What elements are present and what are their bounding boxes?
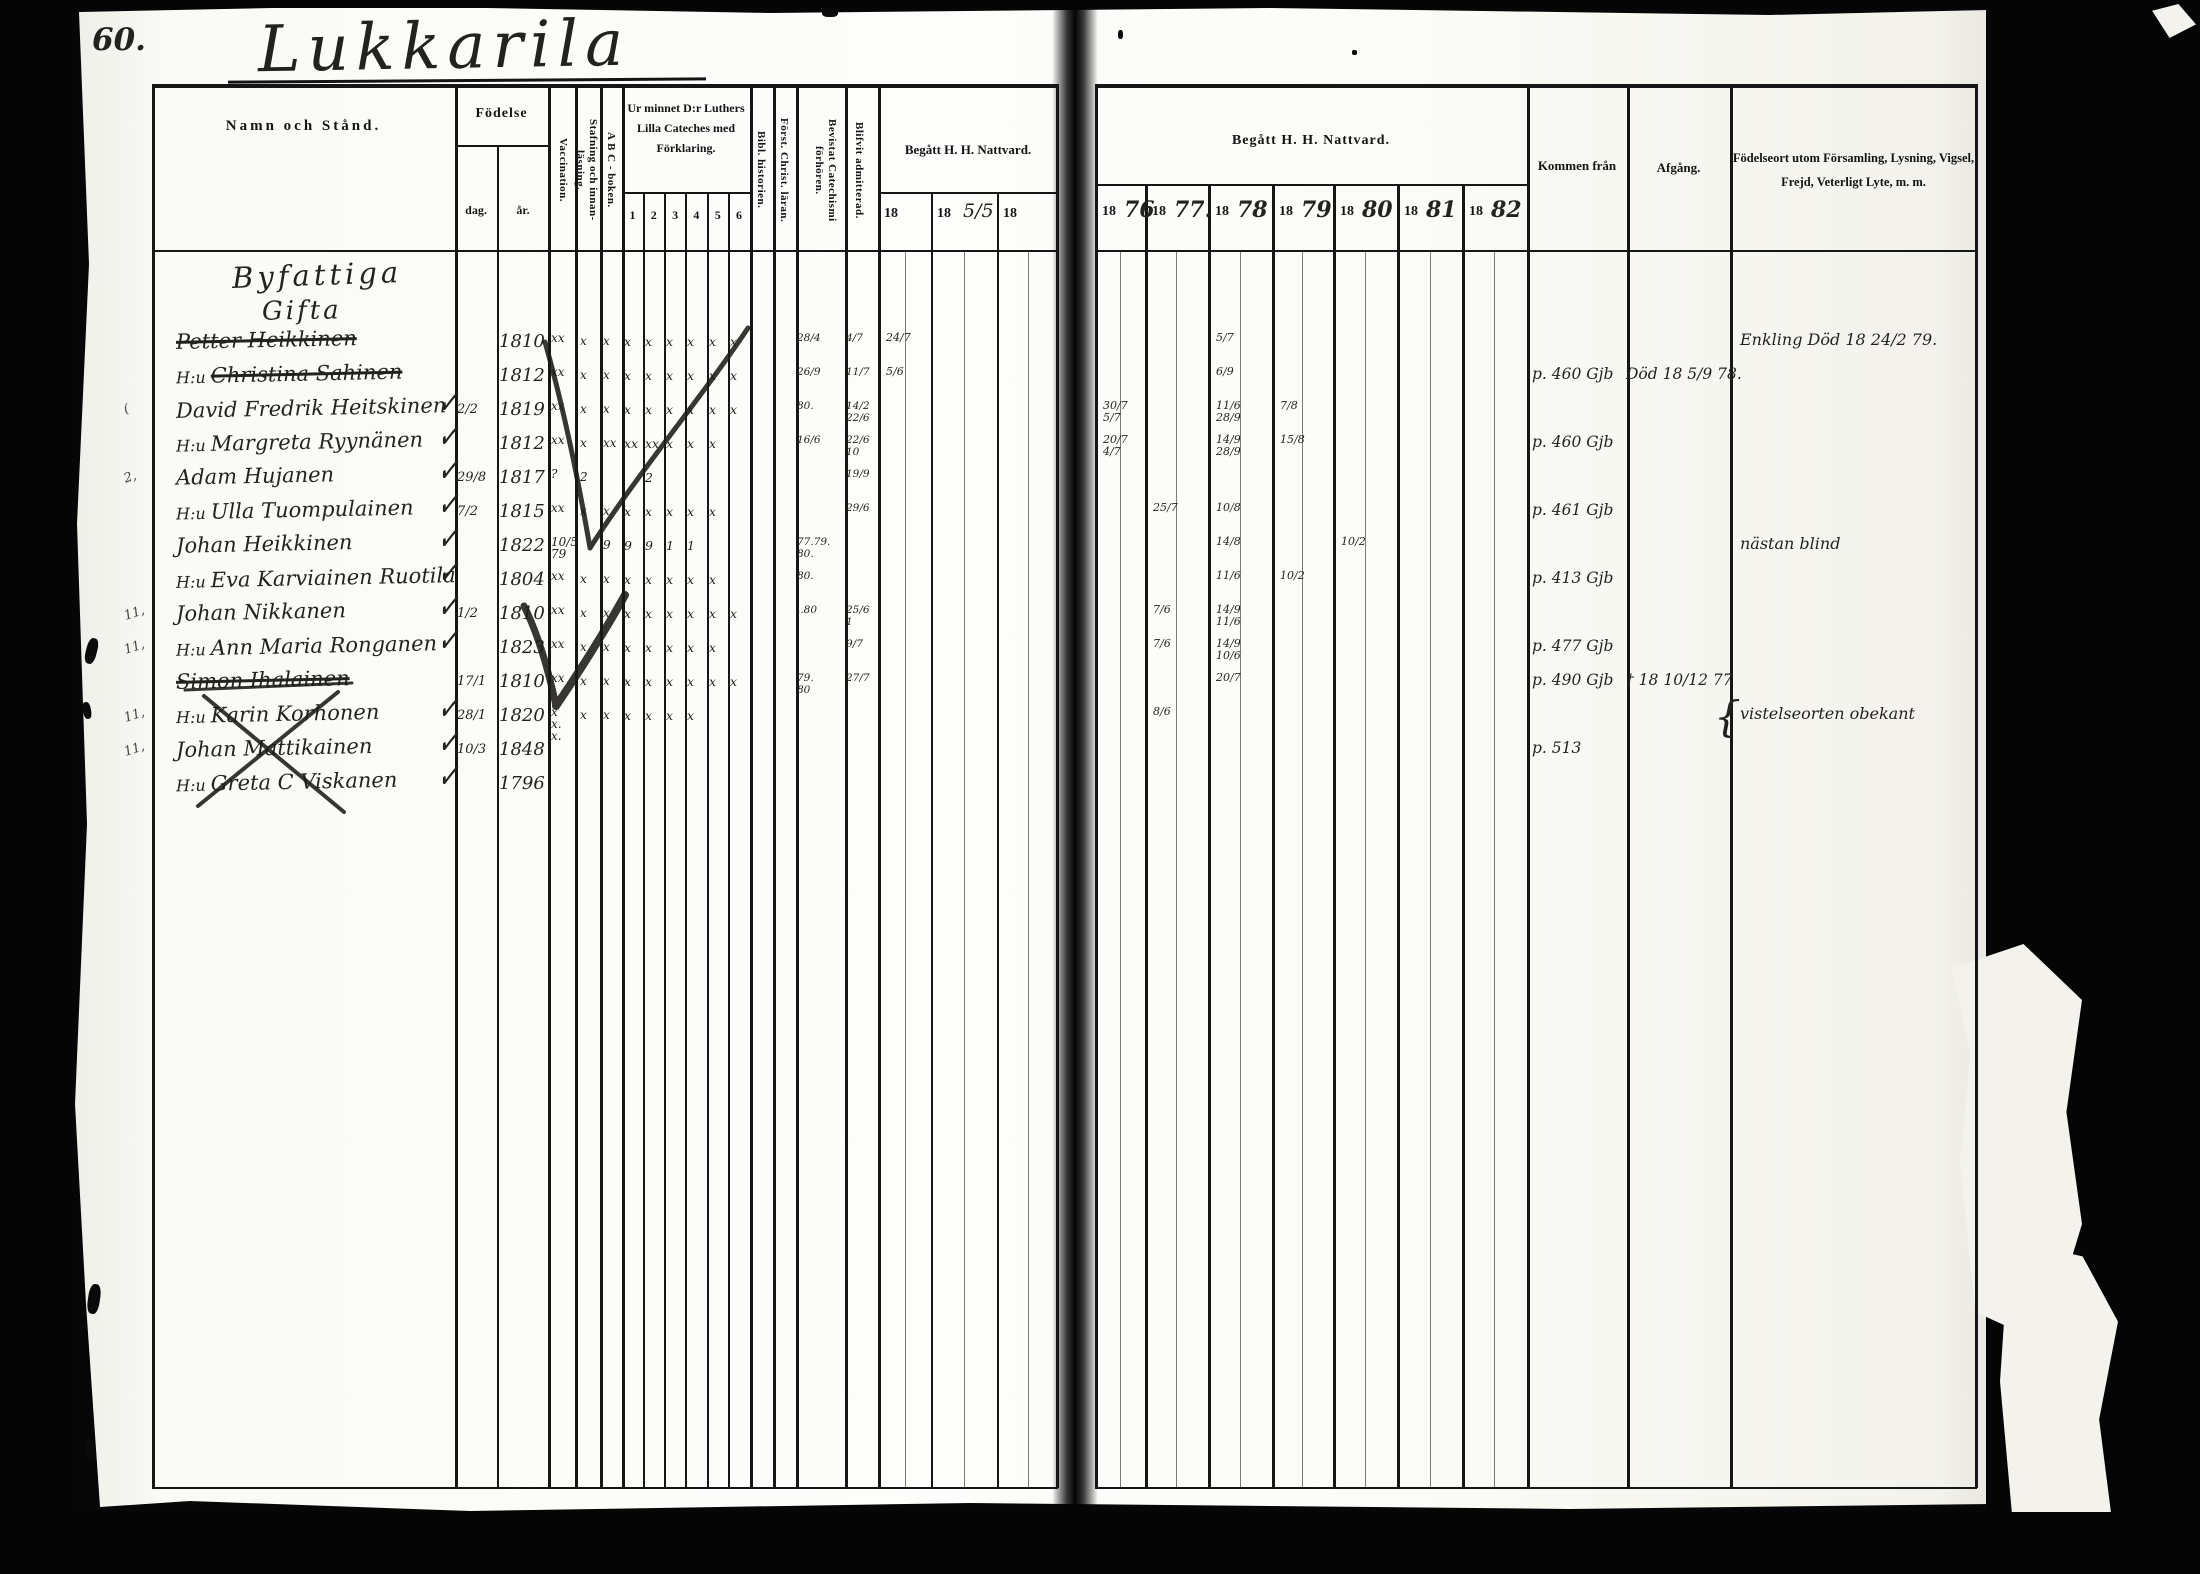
cateches-mark: 9 <box>645 538 653 553</box>
vaccination-mark: ? <box>551 468 557 480</box>
table-row: (David Fredrik Heitskinen✓2/21819xxxxxxx… <box>0 396 2200 430</box>
remark-note: nästan blind <box>1740 534 1840 553</box>
year-label-printed: 18 <box>1003 206 1029 222</box>
nattvard-mark-right: 10/2 <box>1341 536 1366 548</box>
vaccination-mark: 10/5 79 <box>551 536 578 560</box>
cateches-mark: x <box>624 606 631 621</box>
person-name: Johan Mattikainen <box>176 734 373 762</box>
cateches-mark: x <box>687 640 694 655</box>
kommen-fran-note: p. 460 Gjb <box>1532 365 1613 383</box>
nattvard-mark-right: 7/6 <box>1153 638 1171 650</box>
admitterad-mark: 19/9 <box>846 468 870 480</box>
scan-edge-bottom <box>0 1512 2200 1574</box>
name-cell: H:u Ann Maria Ronganen <box>176 631 437 660</box>
admitterad-mark: 9/7 <box>846 638 863 650</box>
col-header-namn: Namn och Stånd. <box>152 118 455 135</box>
nattvard-mark-right: 14/9 28/9 <box>1216 434 1241 458</box>
scanned-register-page: 60. Lukkarila Namn och Stånd. Födelse da… <box>0 0 2200 1574</box>
vaccination-mark: xx <box>551 400 565 412</box>
name-cell: H:u Karin Korhonen <box>176 700 380 728</box>
margin-mark: 2, <box>122 468 138 486</box>
abc-mark: xx <box>603 436 617 450</box>
reading-mark: x <box>580 334 587 348</box>
vaccination-mark: xx <box>551 604 565 616</box>
birth-year-cell: 1819 <box>499 399 545 420</box>
col-header-ar: år. <box>500 203 546 218</box>
cateches-mark: x <box>687 402 694 417</box>
cateches-mark: x <box>730 402 737 417</box>
grid-hline <box>878 192 1058 194</box>
vaccination-mark: xx <box>551 672 565 684</box>
admitterad-mark: 14/2 22/6 <box>846 400 870 424</box>
margin-mark: 11, <box>122 637 146 658</box>
person-name: Ann Maria Ronganen <box>211 631 438 660</box>
section-heading: Byfattiga <box>231 255 402 295</box>
cateches-mark: x <box>645 640 652 655</box>
nattvard-mark-right: 6/9 <box>1216 366 1234 378</box>
cateches-mark: x <box>645 368 652 383</box>
kommen-fran-note: p. 477 Gjb <box>1532 637 1613 655</box>
cateches-mark: x <box>687 606 694 621</box>
page-title: Lukkarila <box>257 7 630 87</box>
admitterad-mark: 27/7 <box>846 672 870 684</box>
afgang-note: † 18 10/12 77 <box>1626 671 1733 689</box>
grade-number: 3 <box>665 208 686 223</box>
cateches-mark: x <box>687 708 694 723</box>
cateches-mark: x <box>645 504 652 519</box>
grid-hline <box>152 1487 1058 1489</box>
reading-mark: 2 <box>580 470 588 484</box>
nattvard-mark-right: 25/7 <box>1153 502 1178 514</box>
cateches-mark: x <box>709 606 716 621</box>
table-row: Johan Heikkinen✓182210/5 799991177.79. 8… <box>0 532 2200 566</box>
cateches-mark: x <box>730 606 737 621</box>
abc-mark: x <box>603 640 610 654</box>
margin-mark: 11, <box>122 705 146 726</box>
table-row: H:u Margreta Ryynänen✓1812xxxxxxxxxxxx16… <box>0 430 2200 464</box>
bevistat-mark: 26/9 <box>797 366 821 378</box>
kommen-fran-note: p. 413 Gjb <box>1532 569 1613 587</box>
col-header-forst: Först. Christ. läran. <box>777 94 790 246</box>
grid-hline <box>1095 84 1977 88</box>
bevistat-mark: ..80 <box>797 604 817 616</box>
cateches-mark: x <box>666 572 673 587</box>
cateches-mark: x <box>730 334 737 349</box>
nattvard-mark-left: 5/6 <box>886 366 904 378</box>
birth-year-cell: 1812 <box>499 433 545 454</box>
table-row: 2,Adam Hujanen✓29/81817?2219/9 <box>0 464 2200 498</box>
col-header-begatt-right: Begått H. H. Nattvard. <box>1095 133 1527 149</box>
person-name: David Fredrik Heitskinen <box>176 393 447 423</box>
cateches-mark: x <box>666 334 673 349</box>
birth-year-cell: 1796 <box>499 773 545 794</box>
nattvard-mark-right: 11/6 <box>1216 570 1241 582</box>
name-cell: Johan Nikkanen <box>176 598 346 626</box>
person-name: Margreta Ryynänen <box>211 427 424 455</box>
birth-day-cell: 29/8 <box>457 470 486 485</box>
cateches-mark: x <box>687 572 694 587</box>
abc-mark: x <box>603 606 610 620</box>
year-label-handwritten: 79 <box>1301 197 1332 223</box>
year-label-handwritten: 78 <box>1237 197 1268 223</box>
birth-day-cell: 2/2 <box>457 402 478 417</box>
cateches-mark: x <box>666 640 673 655</box>
col-header-fodelse: Födelse <box>455 106 548 122</box>
check-mark: ✓ <box>437 754 460 799</box>
year-label-handwritten: 81 <box>1426 197 1457 223</box>
cateches-mark: 1 <box>666 538 674 553</box>
nattvard-mark-right: 14/9 10/6 <box>1216 638 1241 662</box>
col-header-bibl: Bibl. historien. <box>754 94 767 246</box>
table-row: H:u Eva Karviainen Ruotila✓1804xxxxxxxxx… <box>0 566 2200 600</box>
cateches-mark: xx <box>645 436 659 451</box>
cateches-mark: x <box>687 436 694 451</box>
abc-mark: x <box>603 368 610 382</box>
cateches-mark: x <box>709 436 716 451</box>
grade-number: 1 <box>622 208 643 223</box>
cateches-mark: x <box>645 572 652 587</box>
reading-mark: x <box>580 504 587 518</box>
col-header-cateches: Ur minnet D:r Luthers Lilla Cateches med… <box>622 98 750 158</box>
nattvard-mark-right: 15/8 <box>1280 434 1305 446</box>
cateches-mark: x <box>645 334 652 349</box>
table-row: Simon Ihalainen17/11810xxxxxxxxxx79. 802… <box>0 668 2200 702</box>
grid-hline <box>455 145 548 147</box>
nattvard-mark-right: 7/8 <box>1280 400 1298 412</box>
name-prefix: H:u <box>176 368 211 388</box>
grid-hline <box>1095 250 1977 252</box>
cateches-mark: x <box>666 708 673 723</box>
cateches-mark: x <box>624 708 631 723</box>
abc-mark: x <box>603 504 610 518</box>
bevistat-mark: 80. <box>797 570 814 582</box>
person-name: Karin Korhonen <box>210 700 379 728</box>
nattvard-mark-right: 30/7 5/7 <box>1103 400 1128 424</box>
ink-speck <box>1352 50 1357 55</box>
ink-speck <box>822 9 838 17</box>
grade-number: 6 <box>729 208 750 223</box>
admitterad-mark: 22/6 10 <box>846 434 870 458</box>
margin-mark: 11, <box>122 603 146 624</box>
grid-hline <box>152 84 1058 88</box>
kommen-fran-note: p. 460 Gjb <box>1532 433 1613 451</box>
name-cell: H:u Eva Karviainen Ruotila <box>176 563 456 593</box>
nattvard-mark-right: 10/2 <box>1280 570 1305 582</box>
admitterad-mark: 11/7 <box>846 366 870 378</box>
bevistat-mark: 28/4 <box>797 332 821 344</box>
admitterad-mark: 29/6 <box>846 502 870 514</box>
nattvard-mark-right: 20/7 <box>1216 672 1241 684</box>
reading-mark: x <box>580 436 587 450</box>
cateches-mark: x <box>730 368 737 383</box>
reading-mark: x <box>580 674 587 688</box>
birth-day-cell: 7/2 <box>457 504 478 519</box>
kommen-fran-note: p. 490 Gjb <box>1532 671 1613 689</box>
birth-year-cell: 1815 <box>499 501 545 522</box>
col-header-abc: A B C - boken. <box>604 94 617 246</box>
person-name: Adam Hujanen <box>176 462 335 489</box>
brace-mark: { <box>1714 692 1741 741</box>
birth-year-cell: 1820 <box>499 705 545 726</box>
check-mark: ✓ <box>437 618 460 663</box>
col-header-fodelseort: Födelseort utom Församling, Lysning, Vig… <box>1730 146 1977 194</box>
cateches-mark: x <box>624 504 631 519</box>
name-cell: H:u Margreta Ryynänen <box>176 427 423 456</box>
nattvard-mark-right: 5/7 <box>1216 332 1234 344</box>
grade-number: 5 <box>707 208 728 223</box>
cateches-mark: x <box>709 640 716 655</box>
cateches-mark: x <box>666 402 673 417</box>
grade-number: 2 <box>643 208 664 223</box>
cateches-mark: x <box>666 674 673 689</box>
cateches-mark: x <box>709 504 716 519</box>
birth-year-cell: 1822 <box>499 535 545 556</box>
afgang-note: Död 18 5/9 78. <box>1626 365 1742 383</box>
reading-mark: x <box>580 708 587 722</box>
margin-mark: 11, <box>122 739 146 760</box>
cateches-line: Förklaring. <box>622 138 750 158</box>
nattvard-mark-right: 7/6 <box>1153 604 1171 616</box>
birth-day-cell: 17/1 <box>457 674 486 689</box>
cateches-mark: xx <box>624 436 638 451</box>
cateches-mark: x <box>709 402 716 417</box>
nattvard-mark-left: 24/7 <box>886 332 911 344</box>
year-label-handwritten: 77. <box>1174 197 1212 223</box>
birth-year-cell: 1848 <box>499 739 545 760</box>
vaccination-mark: xx <box>551 570 565 582</box>
reading-mark: x <box>580 640 587 654</box>
birth-year-cell: 1812 <box>499 365 545 386</box>
name-prefix: H:u <box>176 436 211 456</box>
cateches-mark: x <box>624 572 631 587</box>
abc-mark: x <box>603 674 610 688</box>
cateches-mark: x <box>709 368 716 383</box>
birth-day-cell: 1/2 <box>457 606 478 621</box>
cateches-mark: x <box>624 334 631 349</box>
grid-hline <box>1095 184 1527 186</box>
fodelseort-line: Födelseort utom Församling, Lysning, Vig… <box>1730 146 1977 170</box>
cateches-mark: x <box>666 368 673 383</box>
cateches-mark: x <box>666 606 673 621</box>
cateches-mark: x <box>624 674 631 689</box>
kommen-fran-note: p. 461 Gjb <box>1532 501 1613 519</box>
admitterad-mark: 25/6 1 <box>846 604 870 628</box>
nattvard-mark-right: 20/7 4/7 <box>1103 434 1128 458</box>
person-name: Christina Sahinen <box>211 360 403 388</box>
cateches-mark: x <box>687 368 694 383</box>
birth-day-cell: 28/1 <box>457 708 486 723</box>
reading-mark: x <box>580 606 587 620</box>
table-row: H:u Ulla Tuompulainen✓7/21815xxxxxxxxx29… <box>0 498 2200 532</box>
col-header-bevistat: Bevistat Catechismi förhören. <box>804 94 838 246</box>
col-header-afgang: Afgång. <box>1627 160 1730 176</box>
cateches-mark: x <box>666 504 673 519</box>
name-prefix: H:u <box>176 776 211 796</box>
vaccination-mark: xx <box>551 502 565 514</box>
fodelseort-line: Frejd, Veterligt Lyte, m. m. <box>1730 170 1977 194</box>
abc-mark: x <box>603 572 610 586</box>
section-subheading: Gifta <box>262 295 342 326</box>
ink-speck <box>1118 30 1123 39</box>
person-name: Ulla Tuompulainen <box>211 496 414 524</box>
year-label-handwritten: 76 <box>1124 197 1155 223</box>
grade-number: 4 <box>686 208 707 223</box>
vaccination-mark: xx <box>551 332 565 344</box>
birth-year-cell: 1817 <box>499 467 545 488</box>
col-header-kommen: Kommen från <box>1527 158 1627 174</box>
col-header-dag: dag. <box>455 203 497 218</box>
reading-mark: x <box>580 402 587 416</box>
cateches-mark: 9 <box>624 538 632 553</box>
name-prefix: H:u <box>176 640 211 660</box>
cateches-mark: 1 <box>687 538 695 553</box>
birth-year-cell: 1810 <box>499 603 545 624</box>
table-row: 11,Johan Mattikainen✓10/31848p. 513 <box>0 736 2200 770</box>
page-number: 60. <box>92 22 146 58</box>
birth-year-cell: 1804 <box>499 569 545 590</box>
name-cell: H:u Christina Sahinen <box>176 360 403 389</box>
birth-day-cell: 10/3 <box>457 742 486 757</box>
col-header-begatt-left: Begått H. H. Nattvard. <box>878 142 1058 158</box>
year-label-printed: 18 <box>884 206 910 222</box>
year-label-handwritten: 82 <box>1491 197 1522 223</box>
nattvard-mark-right: 8/6 <box>1153 706 1171 718</box>
cateches-mark: x <box>687 504 694 519</box>
kommen-fran-note: p. 513 <box>1532 739 1581 757</box>
bevistat-mark: 77.79. 80. <box>797 536 830 560</box>
birth-year-cell: 1810 <box>499 331 545 352</box>
name-cell: Johan Heikkinen <box>176 530 353 558</box>
bevistat-mark: 80. <box>797 400 814 412</box>
cateches-mark: x <box>687 334 694 349</box>
name-cell: Simon Ihalainen <box>176 666 350 694</box>
table-row: Petter Heikkinen1810xxxxxxxxxx28/44/724/… <box>0 328 2200 362</box>
cateches-mark: x <box>709 674 716 689</box>
nattvard-mark-right: 10/8 <box>1216 502 1241 514</box>
year-label-handwritten: 5/5 <box>963 200 994 222</box>
grid-hline <box>622 192 750 194</box>
cateches-mark: x <box>645 606 652 621</box>
remark-note: Enkling Död 18 24/2 79. <box>1740 330 1937 349</box>
table-row: H:u Christina Sahinen1812xxxxxxxxxx26/91… <box>0 362 2200 396</box>
cateches-line: Lilla Cateches med <box>622 118 750 138</box>
cateches-mark: x <box>624 368 631 383</box>
table-row: H:u Greta C Viskanen✓1796 <box>0 770 2200 804</box>
cateches-mark: x <box>709 334 716 349</box>
margin-mark: ( <box>122 402 131 418</box>
vaccination-mark: xx <box>551 366 565 378</box>
name-prefix: H:u <box>176 707 211 727</box>
cateches-mark: 2 <box>645 470 653 485</box>
remark-note: vistelseorten obekant <box>1740 704 1915 723</box>
abc-mark: x <box>603 708 610 722</box>
nattvard-mark-right: 11/6 28/9 <box>1216 400 1241 424</box>
year-label-printed: 18 <box>937 206 963 222</box>
grid-hline <box>152 250 1058 252</box>
abc-mark: x <box>603 334 610 348</box>
bevistat-mark: 16/6 <box>797 434 821 446</box>
col-header-stafning: Stafning och innan- läsning. <box>577 94 599 246</box>
year-label-handwritten: 80 <box>1362 197 1393 223</box>
cateches-mark: x <box>624 402 631 417</box>
vaccination-mark: xx <box>551 434 565 446</box>
cateches-mark: x <box>624 640 631 655</box>
person-name: Eva Karviainen Ruotila <box>211 563 456 592</box>
table-row: 11,H:u Karin Korhonen✓28/11820x x. x.xxx… <box>0 702 2200 736</box>
cateches-mark: x <box>645 674 652 689</box>
name-prefix: H:u <box>176 504 211 524</box>
vaccination-mark: xx <box>551 638 565 650</box>
nattvard-mark-right: 14/8 <box>1216 536 1241 548</box>
abc-mark: x <box>603 402 610 416</box>
name-cell: Petter Heikkinen <box>176 326 357 354</box>
cateches-mark: x <box>730 674 737 689</box>
bevistat-mark: 79. 80 <box>797 672 814 696</box>
admitterad-mark: 4/7 <box>846 332 863 344</box>
cateches-mark: x <box>709 572 716 587</box>
name-prefix: H:u <box>176 572 211 592</box>
name-cell: Johan Mattikainen <box>176 734 373 762</box>
col-header-vaccination: Vaccination. <box>556 94 569 246</box>
name-cell: Adam Hujanen <box>176 462 335 489</box>
nattvard-mark-right: 14/9 11/6 <box>1216 604 1241 628</box>
col-header-blifvit: Blifvit admitterad. <box>852 94 865 246</box>
ink-speck <box>84 1438 96 1461</box>
table-row: 11,H:u Ann Maria Ronganen✓1823xxxxxxxxx9… <box>0 634 2200 668</box>
cateches-mark: x <box>666 436 673 451</box>
birth-year-cell: 1810 <box>499 671 545 692</box>
person-name: Petter Heikkinen <box>176 326 357 354</box>
cateches-mark: x <box>687 674 694 689</box>
table-row: 11,Johan Nikkanen✓1/21810xxxxxxxxxx..802… <box>0 600 2200 634</box>
name-cell: David Fredrik Heitskinen <box>176 393 447 423</box>
abc-mark: 9 <box>603 538 611 552</box>
scan-edge-top <box>0 0 2200 8</box>
reading-mark: x <box>580 368 587 382</box>
reading-mark: x <box>580 572 587 586</box>
cateches-mark: x <box>645 708 652 723</box>
person-name: Simon Ihalainen <box>176 666 350 694</box>
grid-hline <box>1095 1487 1977 1489</box>
person-name: Johan Nikkanen <box>176 598 346 626</box>
name-cell: H:u Greta C Viskanen <box>176 768 398 797</box>
cateches-line: Ur minnet D:r Luthers <box>622 98 750 118</box>
person-name: Greta C Viskanen <box>210 768 397 796</box>
cateches-mark: x <box>645 402 652 417</box>
birth-year-cell: 1823 <box>499 637 545 658</box>
person-name: Johan Heikkinen <box>176 530 353 558</box>
name-cell: H:u Ulla Tuompulainen <box>176 496 414 525</box>
